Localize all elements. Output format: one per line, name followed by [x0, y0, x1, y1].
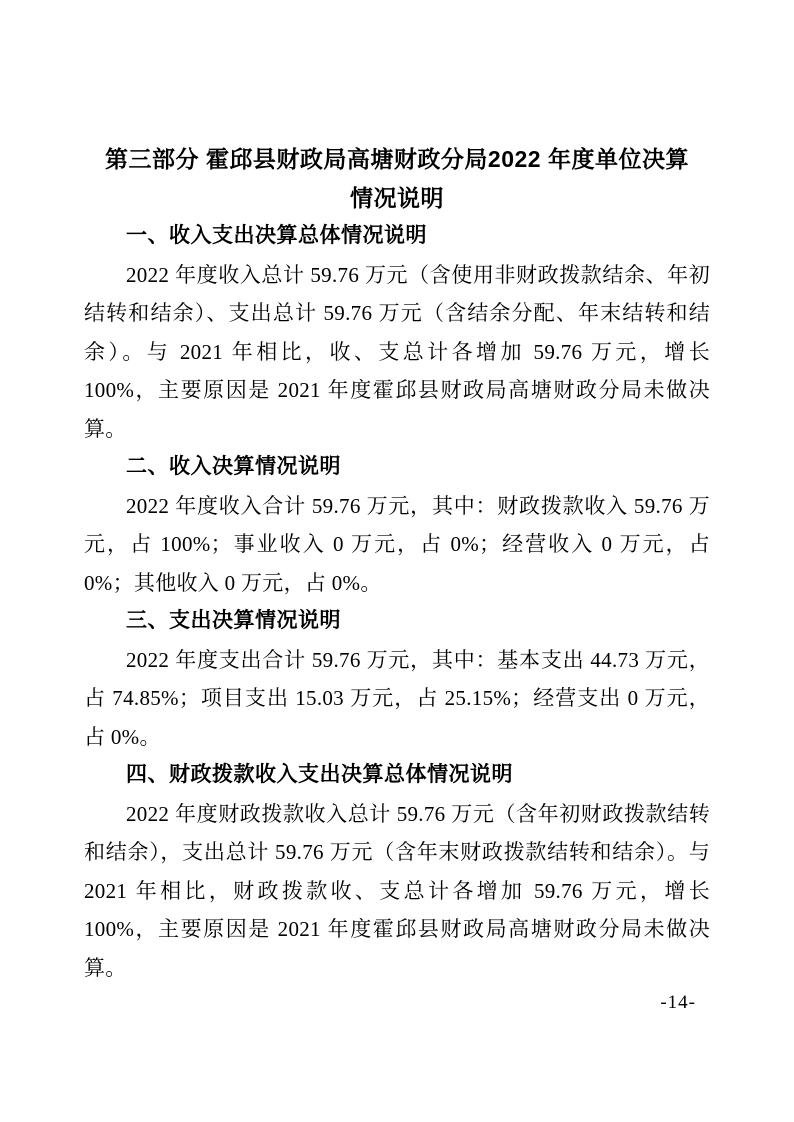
doc-title-line-1: 第三部分 霍邱县财政局高塘财政分局2022 年度单位决算 [84, 140, 710, 179]
section-income-details: 二、收入决算情况说明 2022 年度收入合计 59.76 万元，其中：财政拨款收… [84, 448, 710, 602]
section-2-body: 2022 年度收入合计 59.76 万元，其中：财政拨款收入 59.76 万元，… [84, 487, 710, 603]
section-fiscal-appropriation-overview: 四、财政拨款收入支出决算总体情况说明 2022 年度财政拨款收入总计 59.76… [84, 756, 710, 987]
section-3-body: 2022 年度支出合计 59.76 万元，其中：基本支出 44.73 万元，占 … [84, 641, 710, 757]
section-4-body: 2022 年度财政拨款收入总计 59.76 万元（含年初财政拨款结转和结余），支… [84, 795, 710, 988]
section-1-heading: 一、收入支出决算总体情况说明 [84, 217, 710, 256]
section-1-body: 2022 年度收入总计 59.76 万元（含使用非财政拨款结余、年初结转和结余）… [84, 256, 710, 449]
page-number: -14- [660, 992, 696, 1014]
document-page: 第三部分 霍邱县财政局高塘财政分局2022 年度单位决算 情况说明 一、收入支出… [0, 0, 794, 1122]
section-2-heading: 二、收入决算情况说明 [84, 448, 710, 487]
section-4-heading: 四、财政拨款收入支出决算总体情况说明 [84, 756, 710, 795]
doc-title-line-2: 情况说明 [84, 179, 710, 218]
section-expenditure-details: 三、支出决算情况说明 2022 年度支出合计 59.76 万元，其中：基本支出 … [84, 602, 710, 756]
section-3-heading: 三、支出决算情况说明 [84, 602, 710, 641]
section-income-expenditure-overview: 一、收入支出决算总体情况说明 2022 年度收入总计 59.76 万元（含使用非… [84, 217, 710, 448]
